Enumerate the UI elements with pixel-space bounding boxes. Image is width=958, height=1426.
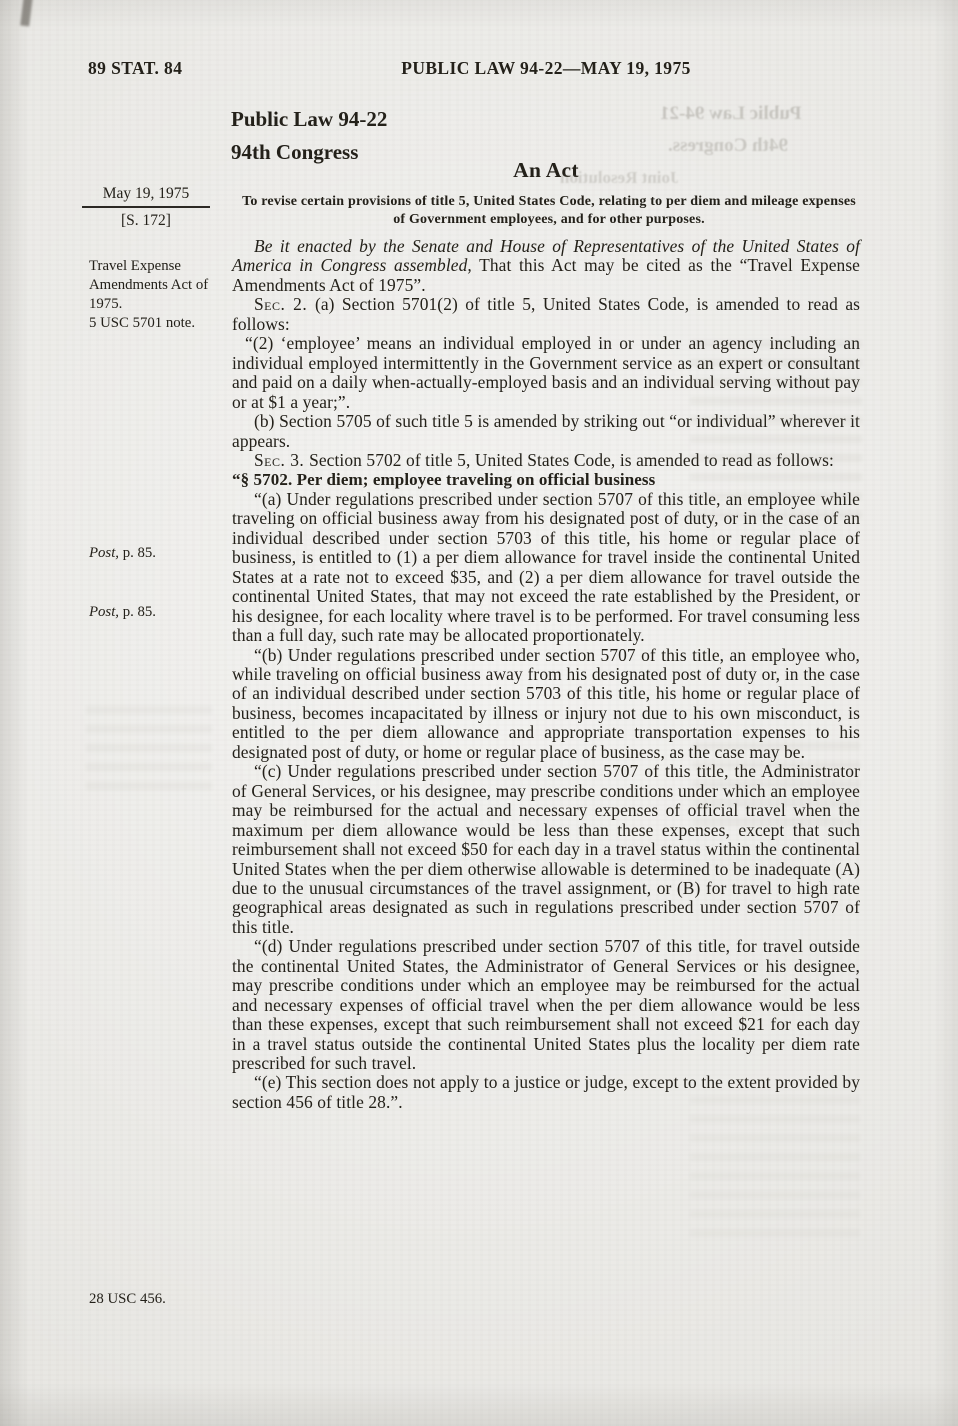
margin-note-bill-number: [S. 172] xyxy=(82,211,210,230)
margin-note-post-p85-2: Post, p. 85. xyxy=(89,603,213,622)
margin-rule xyxy=(82,206,210,208)
section-3-text: Section 5702 of title 5, United States C… xyxy=(309,450,834,470)
public-law-number: Public Law 94-22 xyxy=(231,103,387,136)
paragraph-5702-d: “(d) Under regulations prescribed under … xyxy=(232,937,860,1073)
bleedthrough-smudge xyxy=(86,706,212,800)
quoted-amendment-5701-2: “(2) ‘employee’ means an individual empl… xyxy=(232,334,860,412)
bleedthrough-text: Public Law 94-21 xyxy=(660,103,801,125)
act-purpose-statement: To revise certain provisions of title 5,… xyxy=(240,193,858,228)
section-2a-intro: Sec. 2. (a) Section 5701(2) of title 5, … xyxy=(232,295,860,334)
scan-artifact-corner-mark xyxy=(20,0,33,26)
margin-note-date: May 19, 1975 xyxy=(82,184,210,203)
section-2-label: Sec. 2. xyxy=(254,294,315,314)
enacting-clause: Be it enacted by the Senate and House of… xyxy=(232,237,860,295)
post-label: Post, xyxy=(89,604,119,620)
usc-note-citation: 5 USC 5701 note. xyxy=(89,314,213,333)
post-label: Post, xyxy=(89,545,119,561)
running-head: PUBLIC LAW 94-22—MAY 19, 1975 xyxy=(232,58,860,79)
section-2b-text: (b) Section 5705 of such title 5 is amen… xyxy=(232,412,860,451)
margin-note-post-p85-1: Post, p. 85. xyxy=(89,544,213,563)
scanned-statute-page: Public Law 94-21 94th Congress. Joint Re… xyxy=(0,0,958,1426)
post-page: p. 85. xyxy=(119,604,156,620)
section-2a-text: (a) Section 5701(2) of title 5, United S… xyxy=(232,294,860,333)
paragraph-5702-e: “(e) This section does not apply to a ju… xyxy=(232,1073,860,1112)
margin-note-28-usc-456: 28 USC 456. xyxy=(89,1290,219,1309)
statute-body-text: Be it enacted by the Senate and House of… xyxy=(232,237,860,1112)
quoted-section-5702-heading: “§ 5702. Per diem; employee traveling on… xyxy=(232,470,860,489)
act-heading: An Act xyxy=(232,158,860,183)
section-3-label: Sec. 3. xyxy=(254,450,309,470)
bleedthrough-text: 94th Congress. xyxy=(668,135,788,157)
paragraph-5702-c: “(c) Under regulations prescribed under … xyxy=(232,762,860,937)
post-page: p. 85. xyxy=(119,545,156,561)
margin-note-short-title: Travel Expense Amendments Act of 1975. 5… xyxy=(89,257,213,333)
bleedthrough-smudge xyxy=(690,1096,860,1246)
short-title-citation: Travel Expense Amendments Act of 1975. xyxy=(89,257,213,314)
paragraph-5702-a: “(a) Under regulations prescribed under … xyxy=(232,490,860,646)
statutes-at-large-page-label: 89 STAT. 84 xyxy=(88,58,182,79)
section-3-intro: Sec. 3. Section 5702 of title 5, United … xyxy=(232,451,860,470)
paragraph-5702-b: “(b) Under regulations prescribed under … xyxy=(232,646,860,763)
